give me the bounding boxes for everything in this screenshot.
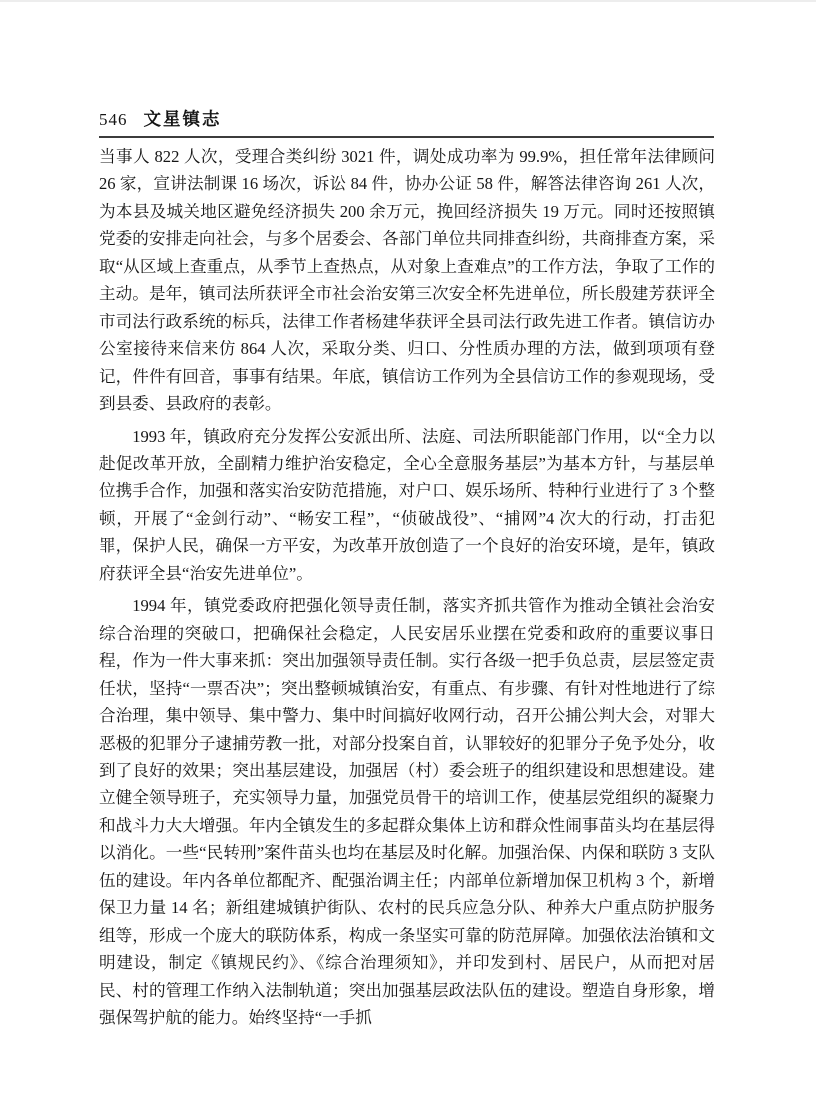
scan-edge-artifact	[0, 0, 816, 2]
body-paragraph: 当事人 822 人次，受理合类纠纷 3021 件，调处成功率为 99.9%，担任…	[99, 143, 715, 418]
body-paragraph: 1994 年，镇党委政府把强化领导责任制，落实齐抓共管作为推动全镇社会治安综合治…	[99, 592, 715, 1031]
page-header: 546 文星镇志	[99, 106, 714, 138]
page-number: 546	[99, 110, 128, 130]
page-body: 当事人 822 人次，受理合类纠纷 3021 件，调处成功率为 99.9%，担任…	[99, 143, 715, 1032]
book-title: 文星镇志	[144, 106, 222, 131]
book-page: 546 文星镇志 当事人 822 人次，受理合类纠纷 3021 件，调处成功率为…	[0, 0, 816, 1099]
body-paragraph: 1993 年，镇政府充分发挥公安派出所、法庭、司法所职能部门作用，以“全力以赴促…	[99, 423, 715, 588]
